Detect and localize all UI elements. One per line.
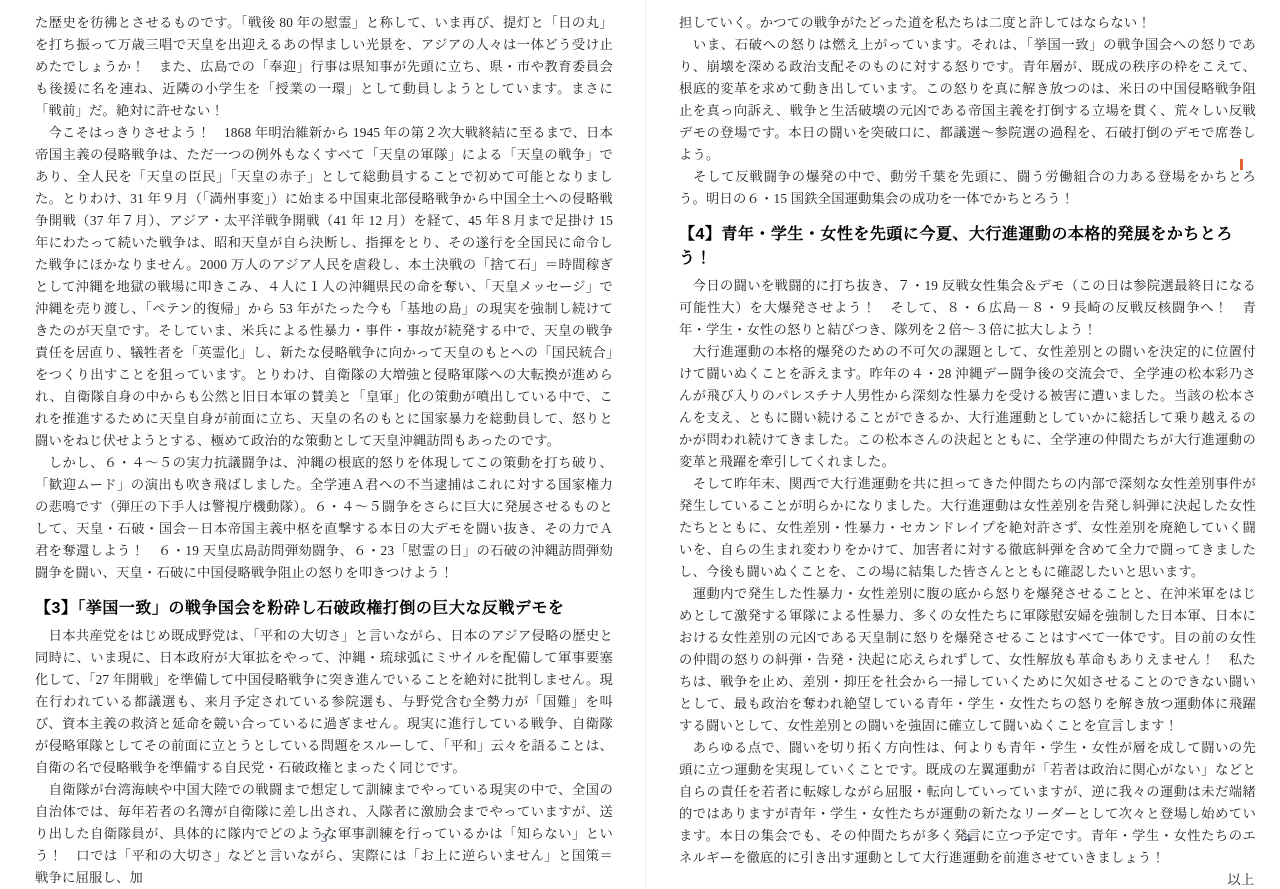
- section-heading: 【3】「挙国一致」の戦争国会を粉砕し石破政権打倒の巨大な反戦デモを: [35, 597, 613, 621]
- paragraph: あらゆる点で、闘いを切り拓く方向性は、何よりも青年・学生・女性が層を成して闘いの…: [679, 737, 1256, 869]
- paragraph: た歴史を彷彿とさせるものです。「戦後 80 年の慰霊」と称して、いま再び、提灯と…: [35, 12, 613, 122]
- paragraph: しかし、６・４～５の実力抗議闘争は、沖縄の根底的怒りを体現してこの策動を打ち破り…: [35, 452, 613, 584]
- page-number-3: 3: [35, 830, 613, 846]
- paragraph: 担していく。かつての戦争がたどった道を私たちは二度と許してはならない！: [679, 12, 1256, 34]
- page-3-text-area: た歴史を彷彿とさせるものです。「戦後 80 年の慰霊」と称して、いま再び、提灯と…: [35, 12, 613, 889]
- document-canvas: た歴史を彷彿とさせるものです。「戦後 80 年の慰霊」と称して、いま再び、提灯と…: [0, 0, 1280, 889]
- closing-mark: 以上: [679, 869, 1256, 889]
- edge-annotation-mark: [1240, 159, 1243, 170]
- page-4-text-area: 担していく。かつての戦争がたどった道を私たちは二度と許してはならない！ いま、石…: [679, 12, 1256, 889]
- paragraph: そして反戦闘争の爆発の中で、動労千葉を先頭に、闘う労働組合の力ある登場をかちとろ…: [679, 166, 1256, 210]
- page-divider: [645, 0, 646, 889]
- document-page-3: た歴史を彷彿とさせるものです。「戦後 80 年の慰霊」と称して、いま再び、提灯と…: [35, 12, 613, 876]
- paragraph: そして昨年末、関西で大行進運動を共に担ってきた仲間たちの内部で深刻な女性差別事件…: [679, 473, 1256, 583]
- page-number-4: 4: [679, 830, 1256, 846]
- paragraph: いま、石破への怒りは燃え上がっています。それは、「挙国一致」の戦争国会への怒りで…: [679, 34, 1256, 166]
- paragraph: 大行進運動の本格的爆発のための不可欠の課題として、女性差別との闘いを決定的に位置…: [679, 341, 1256, 473]
- paragraph: 日本共産党をはじめ既成野党は、「平和の大切さ」と言いながら、日本のアジア侵略の歴…: [35, 625, 613, 779]
- paragraph: 今日の闘いを戦闘的に打ち抜き、７・19 反戦女性集会＆デモ（この日は参院選最終日…: [679, 275, 1256, 341]
- paragraph: 今こそはっきりさせよう！ 1868 年明治維新から 1945 年の第２次大戦終結…: [35, 122, 613, 452]
- document-page-4: 担していく。かつての戦争がたどった道を私たちは二度と許してはならない！ いま、石…: [679, 12, 1256, 876]
- paragraph: 運動内で発生した性暴力・女性差別に腹の底から怒りを爆発させることと、在沖米軍をは…: [679, 583, 1256, 737]
- section-heading: 【4】青年・学生・女性を先頭に今夏、大行進運動の本格的発展をかちとろう！: [679, 223, 1256, 271]
